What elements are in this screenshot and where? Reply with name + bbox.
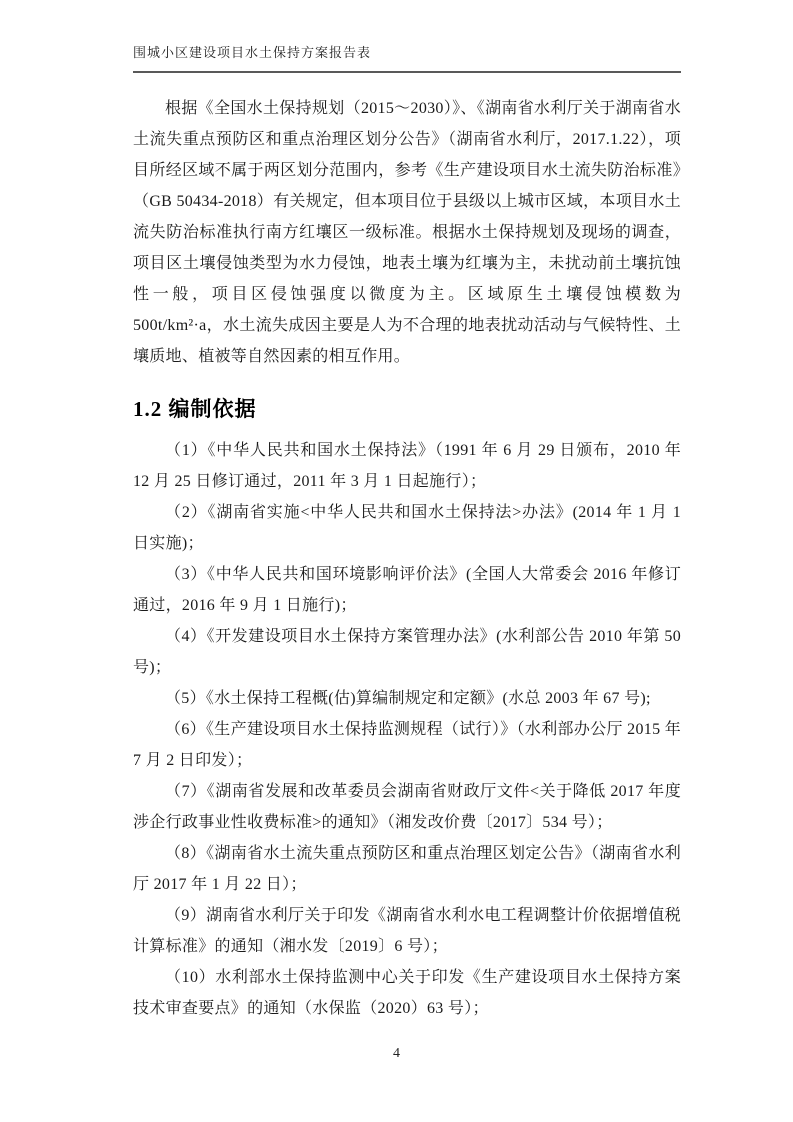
page-number: 4: [393, 1046, 400, 1061]
document-page: 围城小区建设项目水土保持方案报告表 根据《全国水土保持规划（2015～2030）…: [0, 0, 793, 1122]
header-title: 围城小区建设项目水土保持方案报告表: [133, 45, 371, 60]
section-heading: 1.2 编制依据: [133, 393, 681, 423]
reference-item: （10）水利部水土保持监测中心关于印发《生产建设项目水土保持方案技术审查要点》的…: [133, 962, 681, 1024]
reference-item: （3）《中华人民共和国环境影响评价法》(全国人大常委会 2016 年修订通过，2…: [133, 559, 681, 621]
page-content: 围城小区建设项目水土保持方案报告表 根据《全国水土保持规划（2015～2030）…: [0, 0, 793, 1024]
page-header: 围城小区建设项目水土保持方案报告表: [133, 44, 681, 73]
reference-item: （1）《中华人民共和国水土保持法》（1991 年 6 月 29 日颁布，2010…: [133, 435, 681, 497]
reference-item: （5）《水土保持工程概(估)算编制规定和定额》(水总 2003 年 67 号);: [133, 683, 681, 714]
reference-item: （6）《生产建设项目水土保持监测规程（试行）》（水利部办公厅 2015 年 7 …: [133, 714, 681, 776]
reference-item: （4）《开发建设项目水土保持方案管理办法》(水利部公告 2010 年第 50 号…: [133, 621, 681, 683]
page-footer: 4: [0, 1046, 793, 1062]
intro-paragraph: 根据《全国水土保持规划（2015～2030）》、《湖南省水利厅关于湖南省水土流失…: [133, 93, 681, 372]
reference-item: （8）《湖南省水土流失重点预防区和重点治理区划定公告》（湖南省水利厅 2017 …: [133, 838, 681, 900]
reference-list: （1）《中华人民共和国水土保持法》（1991 年 6 月 29 日颁布，2010…: [133, 435, 681, 1024]
reference-item: （7）《湖南省发展和改革委员会湖南省财政厅文件<关于降低 2017 年度涉企行政…: [133, 776, 681, 838]
reference-item: （2）《湖南省实施<中华人民共和国水土保持法>办法》(2014 年 1 月 1 …: [133, 497, 681, 559]
reference-item: （9）湖南省水利厅关于印发《湖南省水利水电工程调整计价依据增值税计算标准》的通知…: [133, 900, 681, 962]
